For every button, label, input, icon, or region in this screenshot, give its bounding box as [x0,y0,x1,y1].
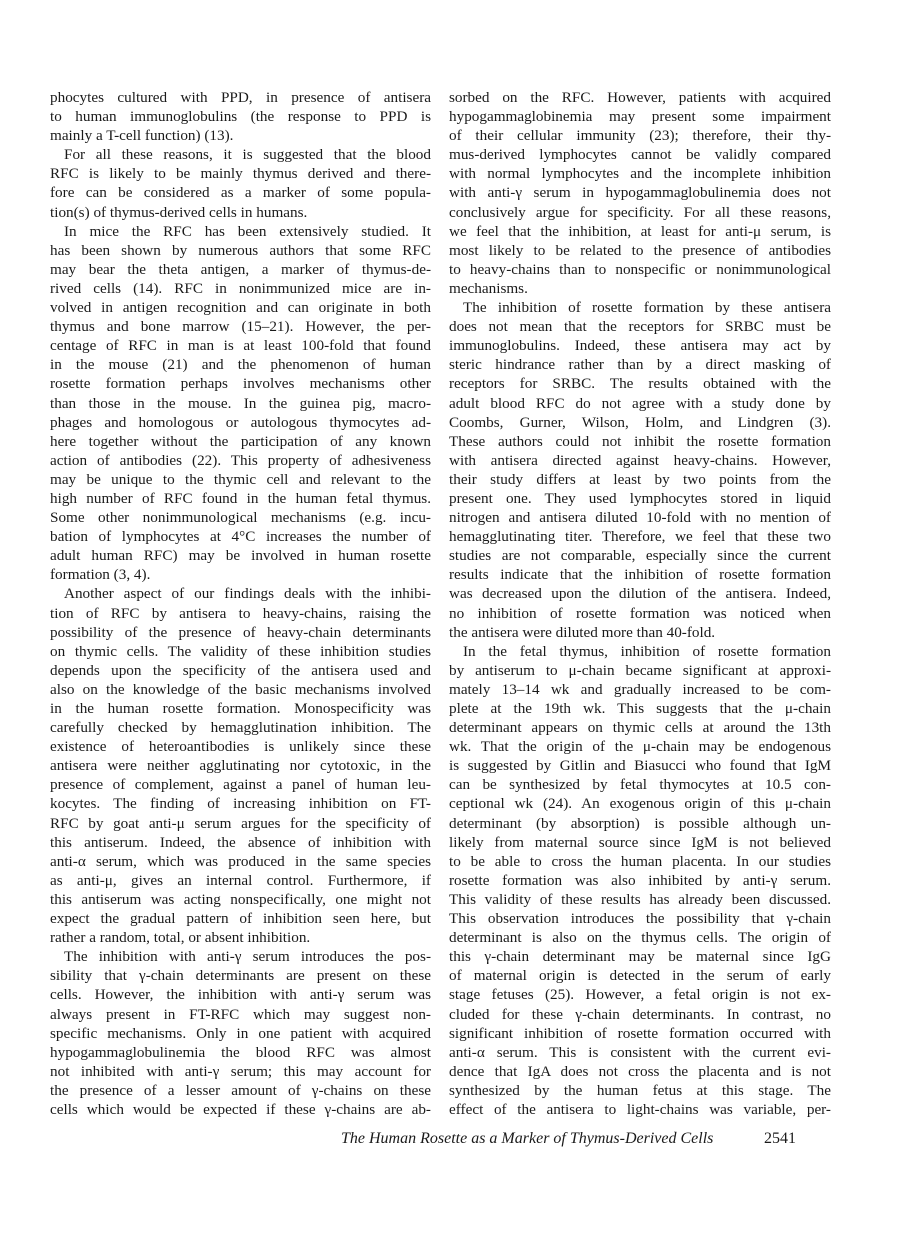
text-line: the presence of a lesser amount of γ-cha… [50,1081,431,1100]
text-line: phages and homologous or autologous thym… [50,413,431,432]
text-line: conclusively argue for specificity. For … [449,203,831,222]
text-line: antisera were neither agglutinating nor … [50,756,431,775]
text-line: likely from maternal source since IgM is… [449,833,831,852]
text-line: immunoglobulins. Indeed, these antisera … [449,336,831,355]
text-line: tion(s) of thymus-derived cells in human… [50,203,431,222]
text-line: existence of heteroantibodies is unlikel… [50,737,431,756]
text-line: centage of RFC in man is at least 100-fo… [50,336,431,355]
text-line: determinant is also on the thymus cells.… [449,928,831,947]
text-line: to be able to cross the human placenta. … [449,852,831,871]
text-line: determinant (by absorption) is possible … [449,814,831,833]
text-line: not inhibited with anti-γ serum; this ma… [50,1062,431,1081]
text-line: has been shown by numerous authors that … [50,241,431,260]
text-line: of their cellular immunity (23); therefo… [449,126,831,145]
text-line: with anti-γ serum in hypogammaglobulinem… [449,183,831,202]
text-line: in the human rosette formation. Monospec… [50,699,431,718]
text-line: with normal lymphocytes and the incomple… [449,164,831,183]
text-line: may bear the theta antigen, a marker of … [50,260,431,279]
text-line: was decreased upon the dilution of the a… [449,584,831,603]
text-line: results indicate that the inhibition of … [449,565,831,584]
text-line: can be synthesized by fetal thymocytes a… [449,775,831,794]
text-line: in the mouse (21) and the phenomenon of … [50,355,431,374]
text-line: RFC by goat anti-μ serum argues for the … [50,814,431,833]
text-line: this antiserum. Indeed, the absence of i… [50,833,431,852]
text-line: to human immunoglobulins (the response t… [50,107,431,126]
text-line: This validity of these results has alrea… [449,890,831,909]
text-line: adult blood RFC do not agree with a stud… [449,394,831,413]
text-line: this γ-chain determinant may be maternal… [449,947,831,966]
text-line: effect of the antisera to light-chains w… [449,1100,831,1119]
text-line: Coombs, Gurner, Wilson, Holm, and Lindgr… [449,413,831,432]
text-line: plete at the 19th wk. This suggests that… [449,699,831,718]
text-line: synthesized by the human fetus at this s… [449,1081,831,1100]
text-line: mately 13–14 wk and gradually increased … [449,680,831,699]
text-line: Another aspect of our findings deals wit… [50,584,431,603]
text-line: hypogammaglobulinemia the blood RFC was … [50,1043,431,1062]
text-line: RFC is likely to be mainly thymus derive… [50,164,431,183]
page-number: 2541 [764,1130,796,1148]
text-line: we feel that the inhibition, at least fo… [449,222,831,241]
text-line: wk. That the origin of the μ-chain may b… [449,737,831,756]
text-line: by antiserum to μ-chain became significa… [449,661,831,680]
text-line: present one. They used lymphocytes store… [449,489,831,508]
text-line: rived cells (14). RFC in nonimmunized mi… [50,279,431,298]
text-line: here together without the participation … [50,432,431,451]
text-line: may be unique to the thymic cell and rel… [50,470,431,489]
text-line: ceptional wk (24). An exogenous origin o… [449,794,831,813]
text-line: on thymic cells. The validity of these i… [50,642,431,661]
text-line: action of antibodies (22). This property… [50,451,431,470]
text-line: anti-α serum. This is consistent with th… [449,1043,831,1062]
text-line: of maternal origin is detected in the se… [449,966,831,985]
text-line: studies are not comparable, especially s… [449,546,831,565]
text-line: The inhibition of rosette formation by t… [449,298,831,317]
text-line: does not mean that the receptors for SRB… [449,317,831,336]
right-text-column: sorbed on the RFC. However, patients wit… [449,88,831,1119]
text-line: nitrogen and antisera diluted 10-fold wi… [449,508,831,527]
text-line: This observation introduces the possibil… [449,909,831,928]
text-line: cells. However, the inhibition with anti… [50,985,431,1004]
text-line: expect the gradual pattern of inhibition… [50,909,431,928]
text-line: The inhibition with anti-γ serum introdu… [50,947,431,966]
text-line: mainly a T-cell function) (13). [50,126,431,145]
text-line: receptors for SRBC. The results obtained… [449,374,831,393]
text-line: stage fetuses (25). However, a fetal ori… [449,985,831,1004]
text-line: is suggested by Gitlin and Biasucci who … [449,756,831,775]
text-line: most likely to be related to the presenc… [449,241,831,260]
text-line: rosette formation was also inhibited by … [449,871,831,890]
text-line: high number of RFC found in the human fe… [50,489,431,508]
text-line: specific mechanisms. Only in one patient… [50,1024,431,1043]
text-line: anti-α serum, which was produced in the … [50,852,431,871]
text-line: dence that IgA does not cross the placen… [449,1062,831,1081]
text-line: cells which would be expected if these γ… [50,1100,431,1119]
text-line: These authors could not inhibit the rose… [449,432,831,451]
text-line: hypogammaglobinemia may present some imp… [449,107,831,126]
text-line: formation (3, 4). [50,565,431,584]
text-line: adult human RFC) may be involved in huma… [50,546,431,565]
text-line: the antisera were diluted more than 40-f… [449,623,831,642]
text-line: thymus and bone marrow (15–21). However,… [50,317,431,336]
text-line: determinant appears on thymic cells at a… [449,718,831,737]
text-line: to heavy-chains than to nonspecific or n… [449,260,831,279]
text-line: always present in FT-RFC which may sugge… [50,1005,431,1024]
text-line: steric hindrance rather than by a direct… [449,355,831,374]
text-line: fore can be considered as a marker of so… [50,183,431,202]
text-line: no inhibition of rosette formation was n… [449,604,831,623]
text-line: possibility of the presence of heavy-cha… [50,623,431,642]
text-line: depends upon the specificity of the anti… [50,661,431,680]
text-line: than those in the mouse. In the guinea p… [50,394,431,413]
text-line: carefully checked by hemagglutination in… [50,718,431,737]
text-line: bation of lymphocytes at 4°C increases t… [50,527,431,546]
text-line: Some other nonimmunological mechanisms (… [50,508,431,527]
left-text-column: phocytes cultured with PPD, in presence … [50,88,431,1119]
text-line: kocytes. The finding of increasing inhib… [50,794,431,813]
text-line: their study differs at least by two poin… [449,470,831,489]
text-line: also on the knowledge of the basic mecha… [50,680,431,699]
text-line: In mice the RFC has been extensively stu… [50,222,431,241]
text-line: volved in antigen recognition and can or… [50,298,431,317]
text-line: mus-derived lymphocytes cannot be validl… [449,145,831,164]
text-line: sibility that γ-chain determinants are p… [50,966,431,985]
text-line: significant inhibition of rosette format… [449,1024,831,1043]
text-line: sorbed on the RFC. However, patients wit… [449,88,831,107]
text-line: rosette formation perhaps involves mecha… [50,374,431,393]
text-line: In the fetal thymus, inhibition of roset… [449,642,831,661]
text-line: mechanisms. [449,279,831,298]
text-line: this antiserum was acting nonspecificall… [50,890,431,909]
text-line: with antisera directed against heavy-cha… [449,451,831,470]
text-line: tion of RFC by antisera to heavy-chains,… [50,604,431,623]
text-line: phocytes cultured with PPD, in presence … [50,88,431,107]
text-line: presence of complement, against a panel … [50,775,431,794]
text-line: rather a random, total, or absent inhibi… [50,928,431,947]
text-line: cluded for these γ-chain determinants. I… [449,1005,831,1024]
text-line: For all these reasons, it is suggested t… [50,145,431,164]
text-line: hemagglutinating titer. Therefore, we fe… [449,527,831,546]
text-line: as anti-μ, gives an internal control. Fu… [50,871,431,890]
running-title: The Human Rosette as a Marker of Thymus-… [341,1130,713,1148]
